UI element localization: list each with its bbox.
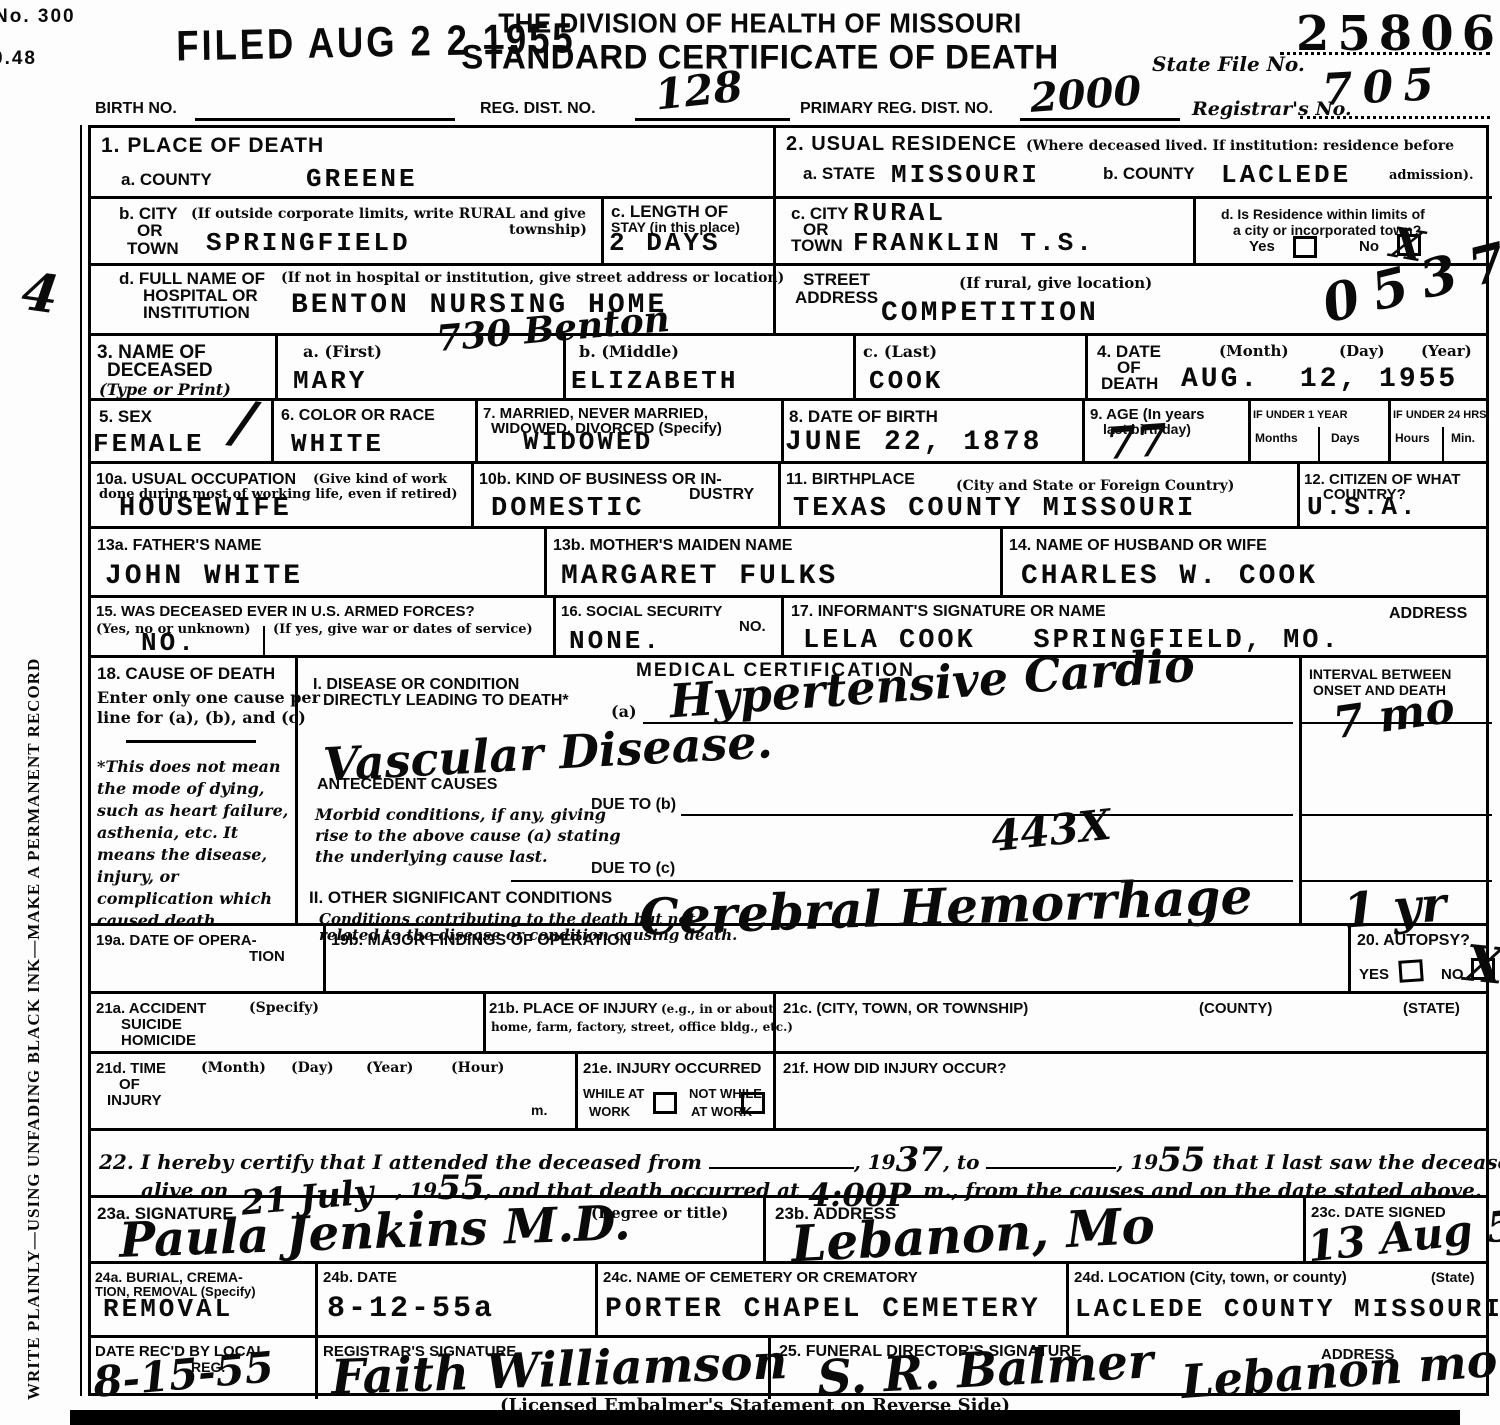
sex-label: 5. SEX (99, 407, 152, 427)
row-sex-race-age: 5. SEX FEMALE / 6. COLOR OR RACE WHITE 7… (91, 398, 1486, 461)
registrar-no-line (1300, 116, 1490, 119)
injury-city-label: 21c. (CITY, TOWN, OR TOWNSHIP) (783, 1000, 1028, 1017)
res-state-value: MISSOURI (891, 160, 1040, 190)
margin-form-number: No. 300 (0, 6, 76, 28)
divider (483, 994, 486, 1054)
rule (126, 740, 256, 743)
operation-findings-label: 19b. MAJOR FINDINGS OF OPERATION (331, 932, 631, 950)
row-name-dod: 3. NAME OF DECEASED (Type or Print) a. (… (91, 333, 1486, 398)
row-certify: 22. I hereby certify that I attended the… (91, 1128, 1486, 1195)
interval-rule1 (1299, 722, 1492, 724)
divider (1193, 196, 1196, 263)
mother-label: 13b. MOTHER'S MAIDEN NAME (553, 537, 792, 555)
injury-month-label: (Month) (201, 1060, 266, 1076)
row-cause-of-death: 18. CAUSE OF DEATH Enter only one cause … (91, 655, 1486, 923)
dod-month-label: (Month) (1219, 342, 1289, 360)
margin-handwritten-mark: 4 (19, 266, 62, 323)
town-label: TOWN (127, 239, 179, 259)
birthplace-value: TEXAS COUNTY MISSOURI (793, 494, 1196, 524)
or-label: OR (137, 221, 163, 241)
due-b-label: DUE TO (b) (591, 796, 676, 814)
res-state-label: a. STATE (803, 164, 875, 184)
injury-day-label: (Day) (291, 1060, 334, 1076)
cause-note3: *This does not mean the mode of dying, s… (97, 756, 289, 932)
scan-black-bar (70, 1410, 1460, 1425)
registrar-signature-hw: Faith Williamson (330, 1338, 788, 1402)
location-label: 24d. LOCATION (City, town, or county) (1074, 1269, 1347, 1286)
injury-state-label: (STATE) (1403, 1000, 1460, 1017)
certificate-grid: 1. PLACE OF DEATH a. COUNTY GREENE b. CI… (88, 125, 1489, 1396)
place-of-death-title: 1. PLACE OF DEATH (101, 134, 324, 158)
first-label: a. (First) (303, 342, 382, 361)
city-note: (If outside corporate limits, write RURA… (191, 206, 586, 222)
informant-label: 17. INFORMANT'S SIGNATURE OR NAME (791, 603, 1106, 621)
sex-pen-mark: / (229, 392, 258, 452)
while-at-label1: WHILE AT (583, 1086, 644, 1101)
divider (271, 401, 274, 464)
res-town-label: TOWN (791, 236, 843, 256)
primary-reg-label: PRIMARY REG. DIST. NO. (800, 100, 993, 118)
injury-place-note1: (e.g., in or about (661, 1002, 774, 1016)
residence-note2: admission). (1389, 168, 1474, 183)
race-label: 6. COLOR OR RACE (281, 407, 435, 425)
last-label: c. (Last) (863, 342, 937, 361)
header-title-line1: THE DIVISION OF HEALTH OF MISSOURI (480, 7, 1040, 40)
injury-time-label2: OF (119, 1076, 140, 1093)
dod-value: AUG. 12, 1955 (1181, 364, 1458, 395)
spouse-value: CHARLES W. COOK (1021, 561, 1318, 592)
name-title2: DECEASED (107, 360, 213, 382)
under1yr-label: IF UNDER 1 YEAR (1253, 409, 1348, 421)
divider (1299, 658, 1302, 926)
row-registrar: DATE REC'D BY LOCAL REG. 8-15-55 REGISTR… (91, 1335, 1486, 1396)
street-label2: ADDRESS (795, 288, 878, 308)
ssn-label2: NO. (739, 618, 766, 635)
cause-title: 18. CAUSE OF DEATH (97, 664, 275, 684)
accident-label2: SUICIDE (121, 1016, 182, 1033)
divider (315, 1264, 318, 1338)
stay-value: 2 DAYS (609, 228, 721, 258)
due-b-line (681, 814, 1293, 816)
res-yes-checkbox (1293, 236, 1317, 258)
divider (1085, 336, 1088, 401)
injury-occurred-label: 21e. INJURY OCCURRED (583, 1060, 761, 1077)
street-value: COMPETITION (881, 298, 1099, 329)
ssn-value: NONE. (569, 626, 662, 656)
injury-place-note2: home, farm, factory, street, office bldg… (491, 1020, 793, 1034)
injury-time-label3: INJURY (107, 1092, 161, 1109)
reg-dist-value: 128 (653, 66, 745, 117)
divider (553, 598, 556, 658)
cemetery-value: PORTER CHAPEL CEMETERY (605, 1294, 1041, 1325)
burial-date-value: 8-12-55a (327, 1292, 495, 1326)
divider (575, 1054, 578, 1131)
divider (263, 626, 265, 658)
row-burial: 24a. BURIAL, CREMA- TION, REMOVAL (Speci… (91, 1261, 1486, 1335)
accident-note: (Specify) (249, 1000, 319, 1016)
res-city-value1: RURAL (853, 198, 946, 228)
cause-handwritten-1: Hypertensive Cardio (668, 642, 1196, 725)
rule (91, 263, 773, 266)
form-left-double-rule (80, 125, 82, 1396)
injury-time-label1: 21d. TIME (96, 1060, 166, 1077)
header-title-line2: STANDARD CERTIFICATE OF DEATH (450, 37, 1070, 77)
hosp-label3: INSTITUTION (143, 303, 250, 323)
divider (778, 464, 781, 529)
due-c-label: DUE TO (c) (591, 860, 675, 878)
physician-address-hw: Lebanon, Mo (790, 1201, 1156, 1270)
middle-value: ELIZABETH (571, 366, 738, 396)
funeral-address-hw: Lebanon mo (1180, 1337, 1499, 1405)
injury-year-label: (Year) (366, 1060, 413, 1076)
autopsy-label: 20. AUTOPSY? (1357, 932, 1470, 950)
divider (544, 529, 547, 598)
res-county-label: b. COUNTY (1103, 164, 1195, 184)
interval-rule2 (1299, 814, 1492, 816)
autopsy-no-label: NO (1441, 966, 1464, 983)
row-parents-spouse: 13a. FATHER'S NAME JOHN WHITE 13b. MOTHE… (91, 526, 1486, 595)
city-value: SPRINGFIELD (206, 228, 411, 258)
row-forces-ssn-informant: 15. WAS DECEASED EVER IN U.S. ARMED FORC… (91, 595, 1486, 655)
divider (315, 1338, 318, 1399)
injury-place-label: 21b. PLACE OF INJURY (489, 1000, 658, 1017)
father-label: 13a. FATHER'S NAME (97, 537, 261, 555)
operation-date-label2: TION (249, 948, 285, 965)
divider (781, 401, 784, 464)
divider (1442, 427, 1444, 464)
divider (1082, 401, 1085, 464)
while-at-work-checkbox (653, 1092, 677, 1114)
res-no-label: No (1359, 238, 1379, 255)
residence-note: (Where deceased lived. If institution: r… (1026, 138, 1454, 154)
citizen-value: U.S.A. (1307, 492, 1419, 522)
divider (1297, 464, 1300, 529)
divider (1248, 401, 1251, 464)
father-value: JOHN WHITE (105, 561, 303, 592)
cemetery-label: 24c. NAME OF CEMETERY OR CREMATORY (603, 1269, 918, 1286)
street-note: (If rural, give location) (959, 274, 1152, 292)
accident-label3: HOMICIDE (121, 1032, 196, 1049)
injury-m-label: m. (531, 1102, 547, 1118)
industry-value: DOMESTIC (491, 494, 645, 524)
burial-date-label: 24b. DATE (323, 1269, 397, 1286)
city-note2: township) (509, 222, 587, 238)
divider (1066, 1264, 1069, 1338)
row-signature: 23a. SIGNATURE (Degree or title) Paula J… (91, 1195, 1486, 1261)
spouse-label: 14. NAME OF HUSBAND OR WIFE (1009, 537, 1267, 555)
row-place-residence: 1. PLACE OF DEATH a. COUNTY GREENE b. CI… (91, 128, 1486, 333)
industry-label2: DUSTRY (689, 486, 754, 504)
mother-value: MARGARET FULKS (561, 561, 838, 592)
operation-date-label1: 19a. DATE OF OPERA- (96, 932, 257, 949)
ssn-label1: 16. SOCIAL SECURITY (561, 603, 722, 620)
days-label: Days (1331, 431, 1360, 445)
occupation-value: HOUSEWIFE (119, 494, 292, 524)
rule (91, 196, 773, 199)
age-value: 77 (1105, 419, 1169, 467)
county-value: GREENE (306, 164, 418, 194)
date-recd-hw: 8-15-55 (92, 1346, 276, 1404)
name-title3: (Type or Print) (99, 380, 231, 399)
burial-value: REMOVAL (103, 1294, 233, 1324)
location-value: LACLEDE COUNTY MISSOURI (1075, 1294, 1500, 1324)
dob-value: JUNE 22, 1878 (785, 427, 1042, 458)
divider (475, 401, 478, 464)
race-value: WHITE (291, 429, 384, 459)
divider (1388, 401, 1391, 464)
divider (1318, 427, 1320, 464)
injury-hour-label: (Hour) (451, 1060, 504, 1076)
informant-address-label: ADDRESS (1389, 605, 1467, 623)
registrar-no-value: 705 (1321, 63, 1445, 113)
armed-forces-label: 15. WAS DECEASED EVER IN U.S. ARMED FORC… (96, 603, 475, 620)
divider (1348, 926, 1351, 994)
disease-label2: DIRECTLY LEADING TO DEATH* (323, 692, 569, 710)
autopsy-yes-checkbox (1398, 959, 1423, 983)
birth-no-line (195, 118, 455, 121)
sex-value: FEMALE (93, 429, 205, 459)
under24-label: IF UNDER 24 HRS. (1393, 409, 1490, 421)
injury-county-label: (COUNTY) (1199, 1000, 1272, 1017)
divider (275, 336, 278, 401)
industry-label1: 10b. KIND OF BUSINESS OR IN- (479, 471, 722, 489)
reg-dist-label: REG. DIST. NO. (480, 100, 596, 118)
dod-day-label: (Day) (1339, 342, 1385, 360)
occupation-note1: (Give kind of work (313, 472, 447, 487)
row-accident: 21a. ACCIDENT (Specify) SUICIDE HOMICIDE… (91, 991, 1486, 1051)
not-while-at-work-checkbox (741, 1092, 765, 1114)
other-conditions-label: II. OTHER SIGNIFICANT CONDITIONS (309, 888, 612, 908)
birthplace-note: (City and State or Foreign Country) (956, 478, 1234, 494)
dod-label3: DEATH (1101, 374, 1158, 394)
divider (853, 336, 856, 401)
birthplace-label: 11. BIRTHPLACE (786, 471, 915, 489)
death-certificate-scan: No. 300 0.48 4 WRITE PLAINLY—USING UNFAD… (0, 0, 1500, 1425)
dob-label: 8. DATE OF BIRTH (789, 407, 938, 427)
divider (763, 1198, 766, 1264)
code-handwritten: 443X (989, 804, 1113, 858)
while-at-label2: WORK (589, 1104, 630, 1119)
state-file-line (1280, 52, 1490, 55)
divider (471, 464, 474, 529)
margin-instruction-text: WRITE PLAINLY—USING UNFADING BLACK INK—M… (24, 330, 44, 1400)
location-state-label: (State) (1431, 1269, 1475, 1285)
row-injury-time: 21d. TIME OF INJURY (Month) (Day) (Year)… (91, 1051, 1486, 1128)
armed-forces-value: NO. (141, 628, 197, 658)
state-file-label: State File No. (1152, 52, 1305, 76)
first-value: MARY (293, 366, 367, 396)
divider (1000, 529, 1003, 598)
usual-residence-title: 2. USUAL RESIDENCE (786, 133, 1017, 156)
interval-label1: INTERVAL BETWEEN (1309, 666, 1451, 682)
divider (323, 926, 326, 994)
margin-form-number2: 0.48 (0, 48, 37, 70)
county-label: a. COUNTY (121, 170, 212, 190)
autopsy-yes-label: YES (1359, 966, 1389, 983)
hours-label: Hours (1395, 431, 1430, 445)
marital-value: WIDOWED (523, 427, 653, 457)
burial-label1: 24a. BURIAL, CREMA- (95, 1269, 243, 1285)
primary-reg-value: 2000 (1029, 71, 1143, 119)
divider (773, 128, 776, 333)
res-city-value2: FRANKLIN T.S. (853, 228, 1095, 258)
accident-label1: 21a. ACCIDENT (96, 1000, 206, 1017)
row-occupation-birthplace: 10a. USUAL OCCUPATION (Give kind of work… (91, 461, 1486, 526)
divider (773, 1054, 776, 1131)
dod-year-label: (Year) (1421, 342, 1472, 360)
min-label: Min. (1451, 431, 1475, 445)
cause-note1: Enter only one cause per (97, 688, 320, 707)
disease-a-label: (a) (611, 702, 637, 721)
autopsy-no-x-mark: X (1462, 938, 1500, 992)
res-county-value: LACLEDE (1221, 160, 1351, 190)
birth-no-label: BIRTH NO. (95, 100, 177, 118)
reg-dist-line (635, 118, 790, 121)
res-yes-label: Yes (1249, 238, 1275, 255)
hosp-note: (If not in hospital or institution, give… (281, 270, 784, 286)
antecedent-label: ANTECEDENT CAUSES (317, 776, 497, 794)
divider (601, 196, 604, 263)
months-label: Months (1255, 431, 1298, 445)
armed-forces-note2: (If yes, give war or dates of service) (273, 622, 533, 637)
primary-reg-line (1020, 118, 1180, 121)
street-label1: STREET (803, 270, 870, 290)
last-value: COOK (869, 366, 943, 396)
divider (781, 598, 784, 658)
cause-note2: line for (a), (b), and (c) (97, 708, 306, 727)
divider (595, 1264, 598, 1338)
how-injury-label: 21f. HOW DID INJURY OCCUR? (783, 1060, 1006, 1077)
